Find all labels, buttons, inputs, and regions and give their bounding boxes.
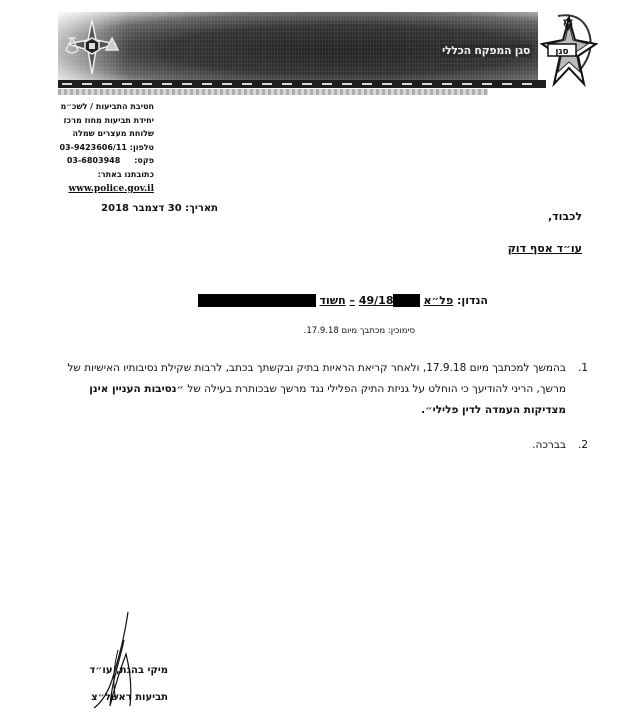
- letterhead-title: סגן המפקח הכללי: [440, 44, 532, 57]
- phone-label: טלפון:: [130, 143, 154, 152]
- letterhead-road-dashes: [62, 83, 542, 85]
- sender-unit: יחידת תביעות מחוז מרכז: [60, 114, 154, 128]
- sender-block: חטיבת התביעות / לשכ״מ יחידת תביעות מחוז …: [60, 100, 154, 197]
- sender-division: חטיבת התביעות / לשכ״מ: [60, 100, 154, 114]
- subject-line: הנדון: פל״א 49/18 – חשוד: [198, 294, 488, 307]
- recipient-name: עו״ד אסף דוק: [508, 242, 582, 255]
- case-suffix: 49/18: [359, 294, 394, 307]
- reference-label: סימוכין:: [388, 326, 415, 336]
- paragraph-1: 1. בהמשך למכתבך מיום 17.9.18, ולאחר קריא…: [48, 358, 588, 421]
- sender-site-label: כתובתנו באתר:: [60, 168, 154, 182]
- case-prefix: פל״א: [423, 294, 453, 307]
- signer-title: תביעות ראשל״צ: [78, 684, 168, 711]
- sender-fax-row: פקס: 03-6803948: [60, 154, 154, 168]
- subject-label: הנדון:: [457, 294, 488, 307]
- police-scales-emblem-icon: [62, 18, 122, 78]
- subject-separator: –: [350, 294, 356, 307]
- paragraph-number: 1.: [578, 358, 588, 379]
- signer-name: מיקי בהגת, עו״ד: [78, 657, 168, 684]
- paragraph-text: בברכה.: [532, 439, 566, 451]
- police-star-emblem-icon: סגן: [540, 10, 598, 94]
- sender-phone-row: טלפון: 03-9423606/11: [60, 141, 154, 155]
- letterhead-road-shadow: [58, 89, 488, 95]
- website-link[interactable]: www.police.gov.il: [60, 183, 154, 197]
- svg-text:סגן: סגן: [555, 47, 568, 57]
- reference-line: סימוכין: מכתבך מיום 17.9.18.: [245, 326, 415, 336]
- sender-branch: שלוחת מעצרים שמלה: [60, 127, 154, 141]
- date-label: תאריך:: [185, 203, 218, 214]
- salutation: לכבוד,: [548, 210, 582, 223]
- paragraph-2: 2. בברכה.: [48, 435, 588, 456]
- letter-body: 1. בהמשך למכתבך מיום 17.9.18, ולאחר קריא…: [48, 358, 588, 456]
- reference-text: מכתבך מיום 17.9.18.: [304, 326, 386, 336]
- redaction-suspect-name: [198, 294, 316, 307]
- date-value: 30 דצמבר 2018: [101, 203, 182, 214]
- phone-number: 03-9423606/11: [59, 143, 126, 152]
- fax-number: 03-6803948: [67, 156, 120, 165]
- redaction-case-number: [393, 294, 419, 307]
- letter-date: תאריך: 30 דצמבר 2018: [90, 203, 218, 214]
- fax-label: פקס:: [134, 156, 154, 165]
- suspect-label: חשוד: [320, 294, 346, 307]
- paragraph-number: 2.: [578, 435, 588, 456]
- signature-block: מיקי בהגת, עו״ד תביעות ראשל״צ: [78, 657, 168, 711]
